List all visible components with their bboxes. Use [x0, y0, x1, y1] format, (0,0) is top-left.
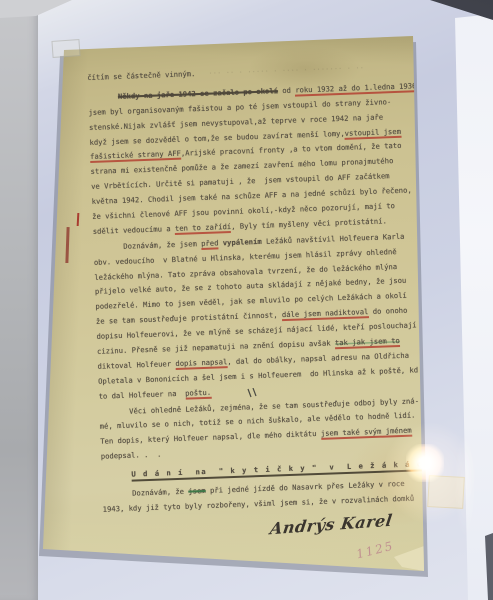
bold-typed-text: vypálením [223, 237, 262, 247]
typed-text: , Byly tím myšleny věci protistátní. [231, 216, 387, 231]
typed-text: od [278, 85, 296, 95]
red-underlined-text: vstoupil jsem [345, 126, 402, 139]
green-struck-text: jsem [188, 486, 206, 496]
wall-background-strip [0, 0, 38, 600]
red-underlined-text: poštu. [185, 387, 211, 399]
red-underlined-text: ten to zařídí [175, 222, 232, 235]
red-green-marked-text: tak jak jsem to [335, 336, 400, 349]
tape-top-left [51, 39, 80, 58]
typed-text: do onoho [368, 306, 407, 316]
photo-of-archival-document: čítím se částečně vinným. ··· ·· · ·····… [0, 0, 493, 600]
typed-text: diktoval Holfeuer [97, 359, 175, 371]
lens-flare-core [406, 444, 444, 482]
red-underlined-text: fašistické strany AFF [90, 149, 181, 163]
faint-typed-text: ··· ·· · ····· · ···· · ······· · ·· [195, 63, 364, 78]
red-underlined-text: dopis napsal [175, 357, 227, 370]
lens-flare-streak [452, 420, 478, 550]
typed-text: sdělit vedoucímu a [93, 224, 175, 236]
typed-text: Ležáků navštívil Holfeuera Karla [262, 232, 405, 246]
typed-text: Doznávám, že jsem [123, 239, 201, 251]
red-underlined-text: roku 1932 až do 1.ledna 1936 [295, 81, 416, 96]
typed-text: Doznávám, že [132, 487, 189, 498]
typed-text: čítím se částečně vinným. [87, 69, 195, 82]
typed-text: to dal Holfeuer na [98, 388, 185, 400]
strikethrough-text: Někdy na jaře 1942 se začalo po okolí [118, 86, 278, 101]
proofreader-check-mark [246, 388, 258, 398]
red-underlined-text: dále jsem nadiktoval [282, 307, 369, 321]
typed-text: podepsal. . . [101, 450, 162, 461]
red-underlined-text: před [201, 238, 219, 250]
